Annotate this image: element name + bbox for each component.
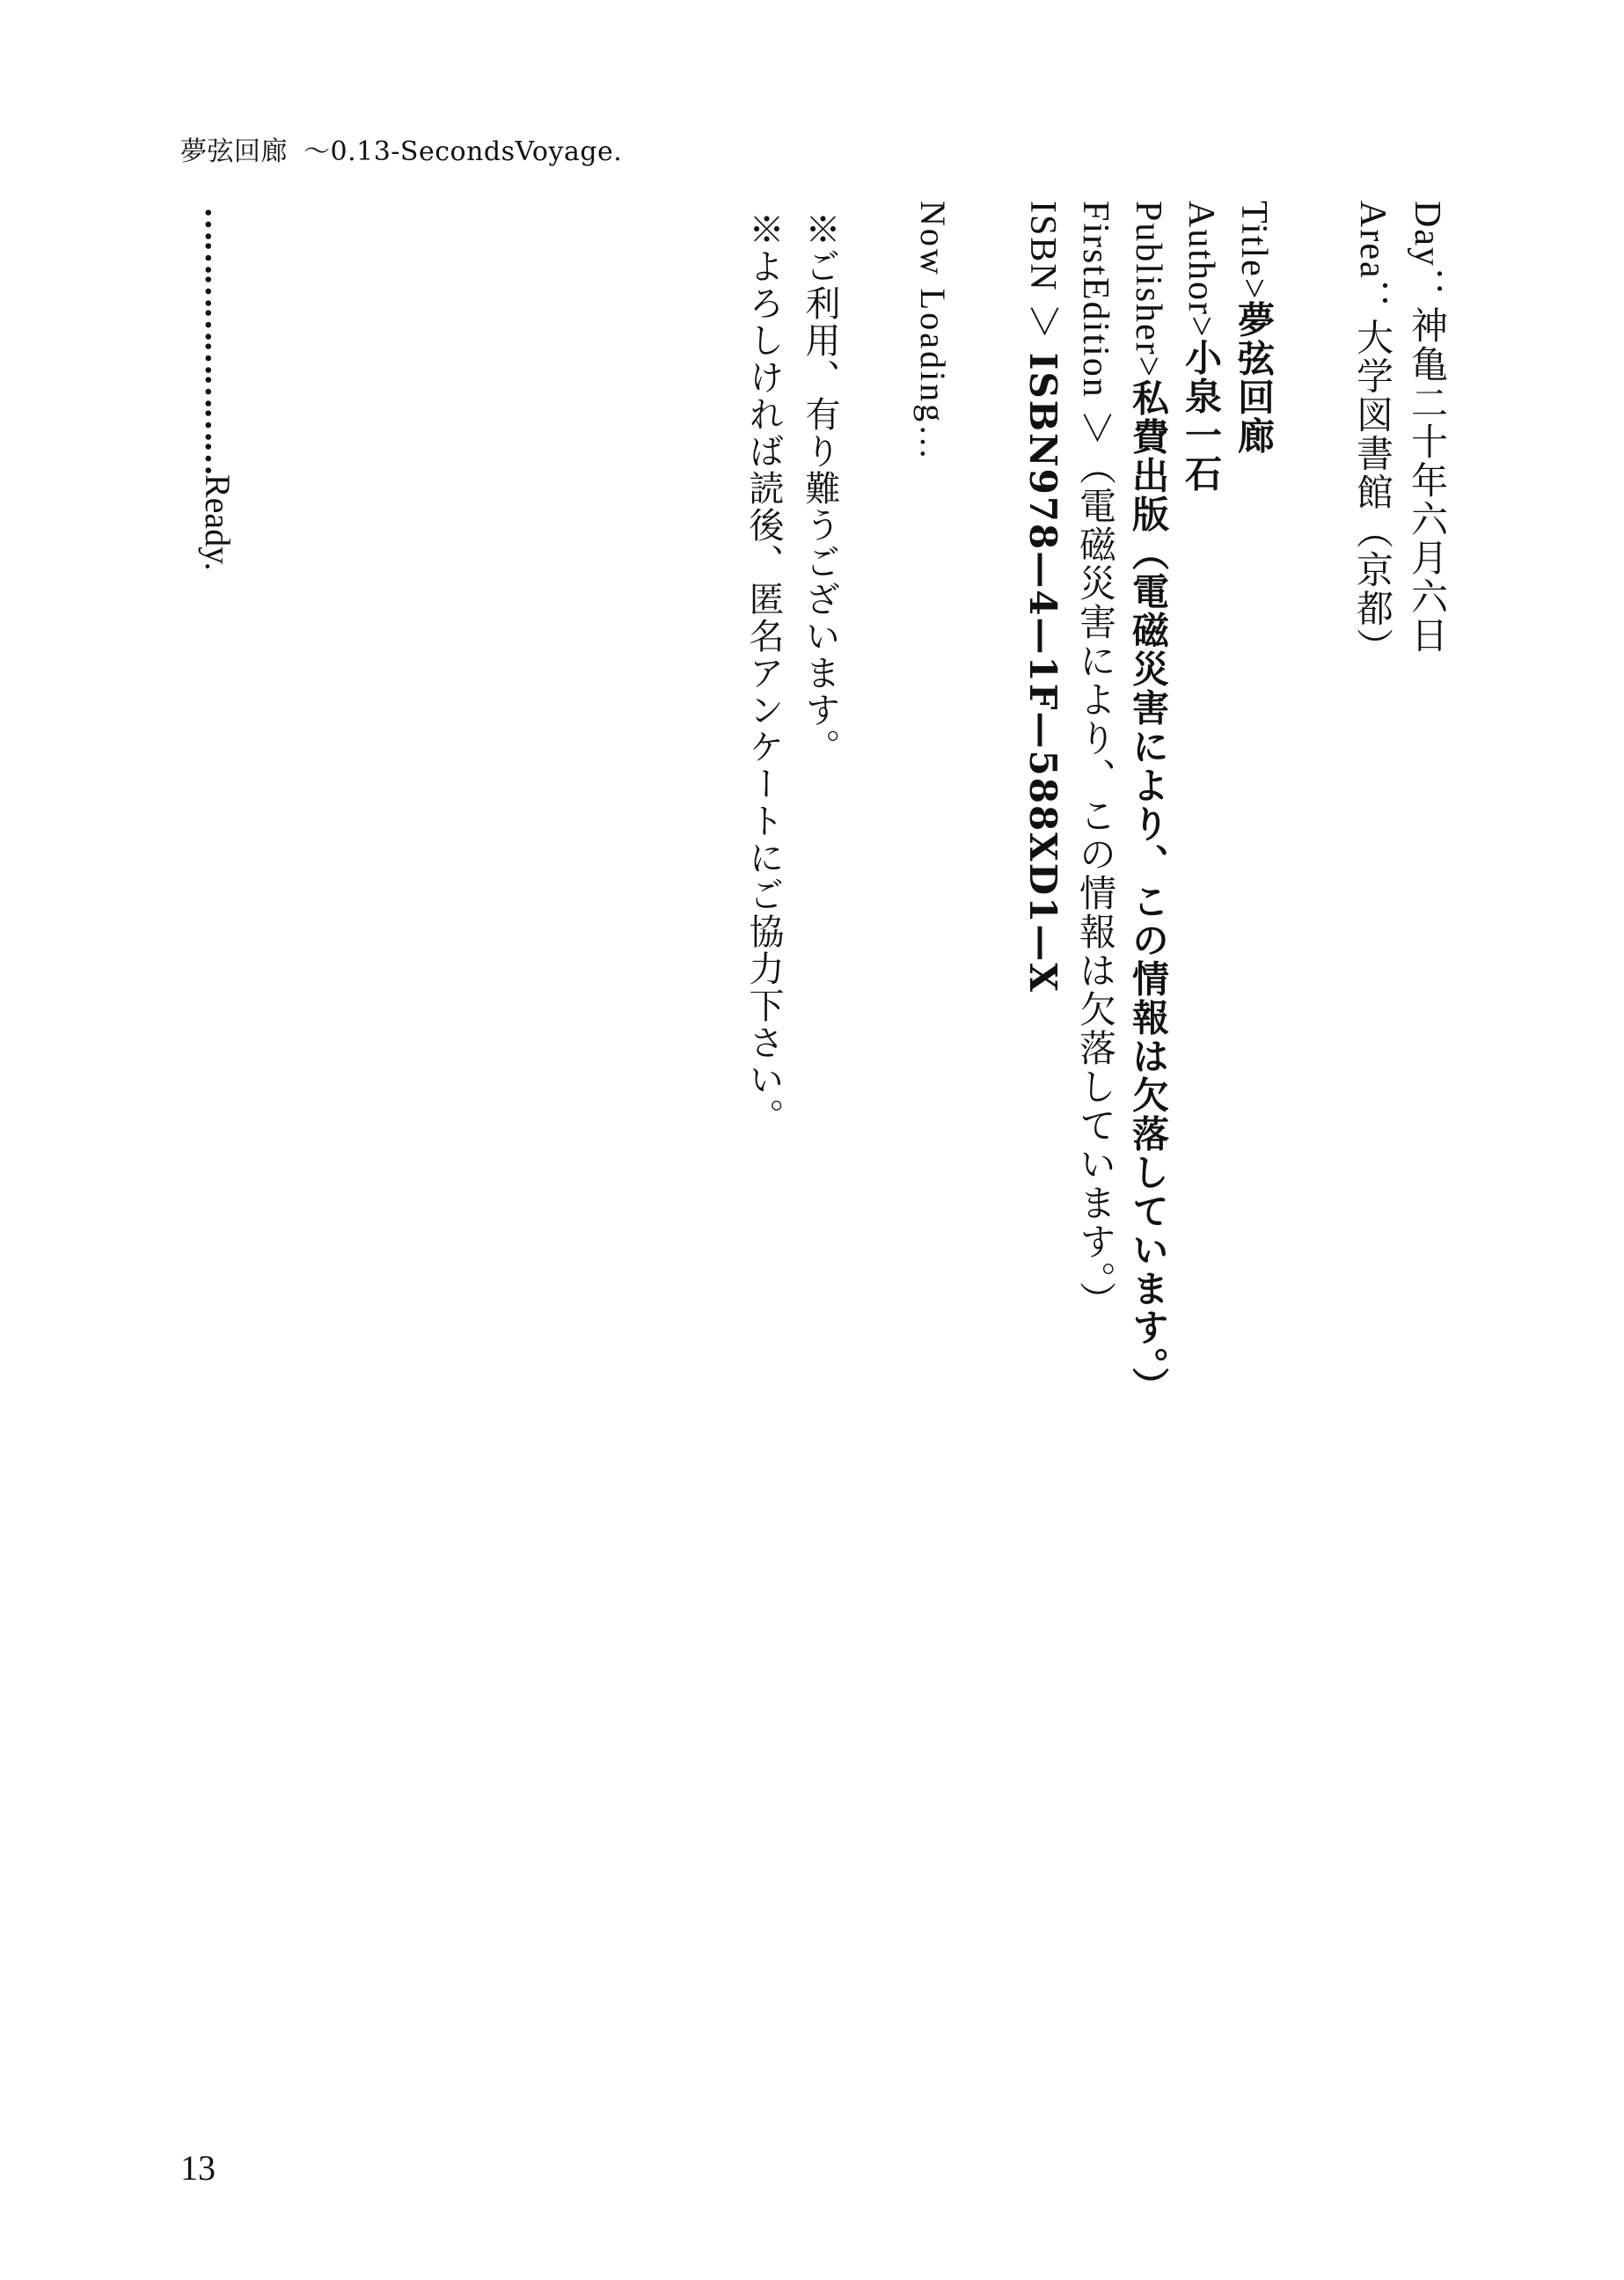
notice-thanks: ※ご利用、有り難うございます。 (794, 211, 845, 766)
ready-label: Ready. (198, 474, 238, 571)
title-line: Title>夢弦回廊 (1228, 201, 1279, 456)
isbn-label: ISBN ＞ (1022, 201, 1063, 353)
ellipsis-dots: …………………… (198, 207, 238, 474)
isbn-line: ISBN ＞ ISBN978—4—1F—588XD1—X (1017, 201, 1068, 993)
area-label: Area： (1352, 201, 1393, 319)
loading-status: Now Loading… (907, 201, 958, 462)
first-edition-value: （電磁災害により、この情報は欠落しています。） (1074, 448, 1117, 1320)
first-edition-label: FirstEdition ＞ (1075, 201, 1116, 448)
title-value: 夢弦回廊 (1233, 301, 1276, 456)
title-label: Title> (1233, 201, 1274, 301)
author-value: 小泉一石 (1180, 339, 1223, 494)
first-edition-line: FirstEdition ＞（電磁災害により、この情報は欠落しています。） (1070, 201, 1121, 1320)
publisher-value: 私費出版（電磁災害により、この情報は欠落しています。） (1127, 378, 1170, 1405)
area-line: Area：大学図書館（京都） (1347, 201, 1398, 667)
author-line: Author>小泉一石 (1175, 201, 1226, 494)
day-line: Day：神亀二十年六月六日 (1401, 201, 1452, 655)
publisher-line: Publisher>私費出版（電磁災害により、この情報は欠落しています。） (1123, 201, 1174, 1405)
publisher-label: Publisher> (1128, 201, 1168, 378)
book-title-header: 夢弦回廊 (180, 136, 288, 167)
ready-status: ……………………Ready. (192, 207, 243, 571)
running-header: 夢弦回廊～0.13-SecondsVoyage. (180, 136, 622, 168)
day-label: Day： (1407, 201, 1447, 306)
notice-survey: ※よろしければ読後、匿名アンケートにご協力下さい。 (738, 211, 789, 1135)
author-label: Author> (1181, 201, 1221, 339)
day-value: 神亀二十年六月六日 (1406, 306, 1449, 655)
area-value: 大学図書館（京都） (1351, 319, 1394, 667)
book-subtitle-header: ～0.13-SecondsVoyage. (304, 136, 622, 167)
isbn-value: ISBN978—4—1F—588XD1—X (1021, 353, 1064, 993)
page-number: 13 (180, 2147, 216, 2189)
